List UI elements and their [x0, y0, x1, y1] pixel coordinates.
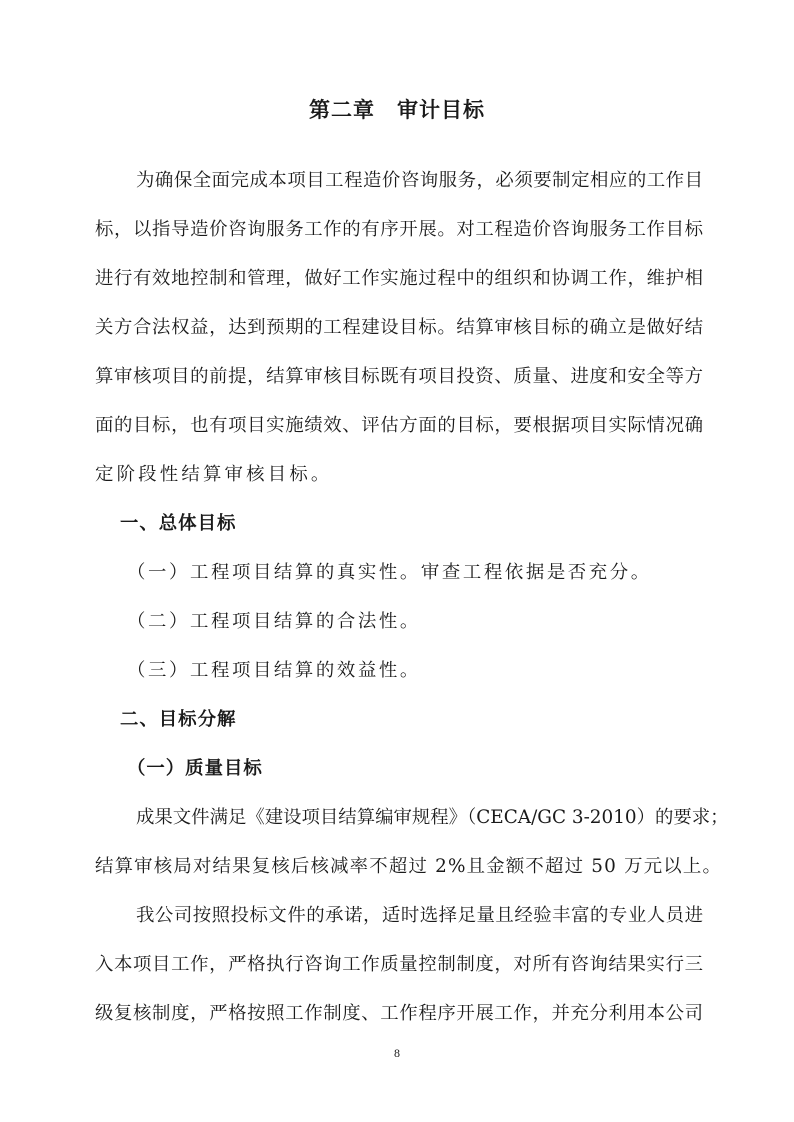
quality-para1-line-2: 结算审核局对结果复核后核减率不超过 2%且金额不超过 50 万元以上。 — [95, 854, 703, 880]
intro-line-3: 进行有效地控制和管理，做好工作实施过程中的组织和协调工作，维护相 — [95, 266, 703, 292]
intro-line-1: 为确保全面完成本项目工程造价咨询服务，必须要制定相应的工作目 — [95, 168, 703, 194]
chapter-name: 审计目标 — [397, 98, 485, 122]
goal-item-1: （一）工程项目结算的真实性。审查工程依据是否充分。 — [127, 560, 652, 586]
chapter-title: 第二章审计目标 — [0, 96, 794, 124]
intro-line-6: 面的目标，也有项目实施绩效、评估方面的目标，要根据项目实际情况确 — [95, 413, 703, 439]
section-heading-overall-goals: 一、总体目标 — [120, 511, 236, 537]
intro-line-4: 关方合法权益，达到预期的工程建设目标。结算审核目标的确立是做好结 — [95, 315, 703, 341]
subsection-heading-quality-goal: （一）质量目标 — [127, 756, 263, 782]
chapter-number: 第二章 — [309, 98, 375, 122]
quality-para2-line-1: 我公司按照投标文件的承诺，适时选择足量且经验丰富的专业人员进 — [95, 903, 703, 929]
document-page: 第二章审计目标 为确保全面完成本项目工程造价咨询服务，必须要制定相应的工作目 标… — [0, 0, 794, 1122]
intro-line-2: 标，以指导造价咨询服务工作的有序开展。对工程造价咨询服务工作目标 — [95, 217, 703, 243]
quality-para1-line-1: 成果文件满足《建设项目结算编审规程》（CECA/GC 3-2010）的要求； — [95, 805, 703, 831]
page-number: 8 — [0, 1046, 794, 1061]
intro-line-5: 算审核项目的前提，结算审核目标既有项目投资、质量、进度和安全等方 — [95, 364, 703, 390]
section-heading-goal-breakdown: 二、目标分解 — [120, 707, 236, 733]
quality-para2-line-3: 级复核制度，严格按照工作制度、工作程序开展工作，并充分利用本公司 — [95, 1001, 703, 1027]
goal-item-3: （三）工程项目结算的效益性。 — [127, 658, 421, 684]
quality-para2-line-2: 入本项目工作，严格执行咨询工作质量控制制度，对所有咨询结果实行三 — [95, 952, 703, 978]
goal-item-2: （二）工程项目结算的合法性。 — [127, 609, 421, 635]
intro-line-7: 定阶段性结算审核目标。 — [95, 462, 703, 488]
